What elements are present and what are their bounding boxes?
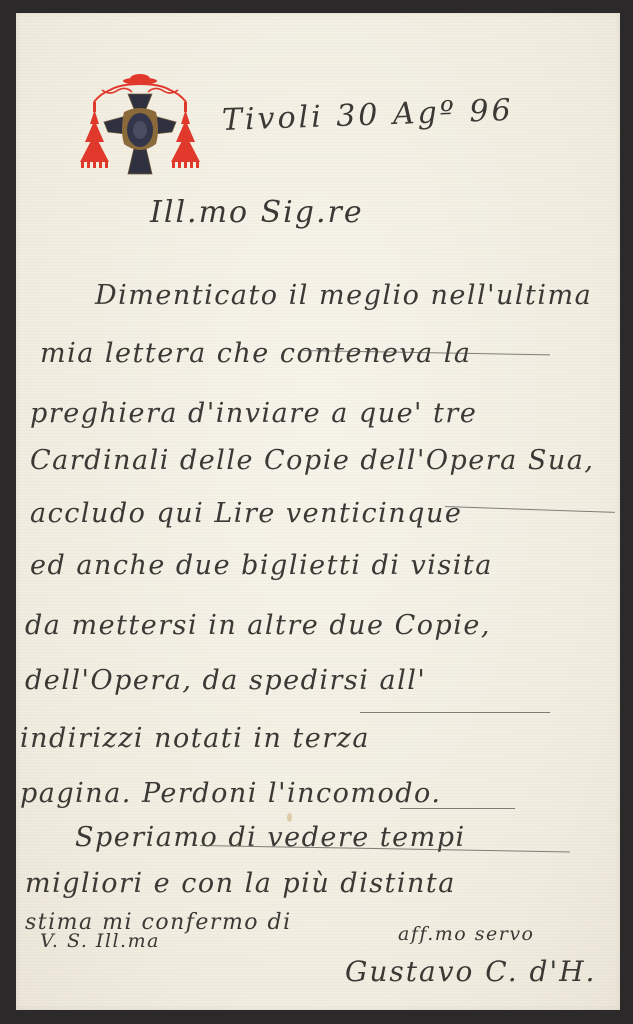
body-line: ed anche due biglietti di visita [30,550,493,581]
addressee-abbreviation: V. S. Ill.ma [40,930,160,952]
body-line: da mettersi in altre due Copie, [25,610,491,641]
body-line: preghiera d'inviare a que' tre [30,398,477,429]
body-line: mia lettera che conteneva la [40,338,472,369]
body-line: dell'Opera, da spedirsi all' [25,665,426,696]
body-line: migliori e con la più distinta [25,868,456,899]
valediction: aff.mo servo [398,923,535,945]
body-line: Dimenticato il meglio nell'ultima [95,280,592,311]
paper-stain [287,813,292,822]
body-line: indirizzi notati in terza [20,723,370,754]
pen-stroke [360,712,550,713]
body-line: accludo qui Lire venticinque [30,498,462,529]
salutation: Ill.mo Sig.re [150,195,364,230]
body-line: pagina. Perdoni l'incomodo. [20,778,441,809]
body-line: Cardinali delle Copie dell'Opera Sua, [30,445,594,476]
pen-stroke [400,808,515,809]
signature: Gustavo C. d'H. [345,955,596,988]
cardinal-coat-of-arms-icon [80,72,200,176]
